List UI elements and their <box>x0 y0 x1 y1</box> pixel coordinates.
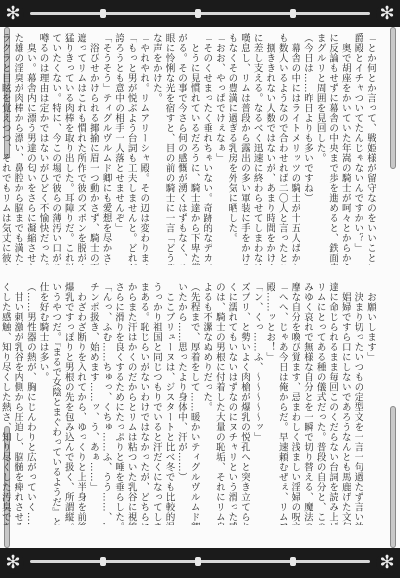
text-column: （……男性器の熱が、胸にじんわりと広がっていく……ンッ♥） <box>23 282 36 525</box>
flower-ornament-icon: ✻ <box>2 552 24 574</box>
text-column: 浴びせかけられる揶揄に眉一つ動かさず、騎士の下卑な言葉を <box>86 33 99 265</box>
text-column: リムにとってある種の儀式だった。普段の自分と、この領域に沈 <box>313 282 326 525</box>
text-column: た雄の淫臭が肉棒から漂い、鼻腔から脳までも満たしていく。ク <box>11 33 24 265</box>
text-column: まグルリと周囲を見回した。 <box>313 33 326 265</box>
text-column: 「そうそう」ティグルヴルムド卿にも愛想を尽かされ——おっ」 <box>99 33 112 265</box>
ornament-knob <box>290 557 296 566</box>
flower-ornament-icon: ✻ <box>376 3 398 25</box>
text-column: 遮ってリムはこれも慣れた所作で彼のズボンを脱がすと、隆々と <box>74 33 87 265</box>
text-column: ていたくない。特に、今この場で彼らの薄汚い口がティグルの名を <box>49 33 62 265</box>
lower-text-block: お願いします」 決まり切ったいつもの定型文を一言一句過たず言い放った。 娼婦です… <box>24 282 376 525</box>
text-column: な声をかけた。 <box>149 33 162 265</box>
text-column: 「おお、やっぱでけぇなぁ」 <box>212 33 225 265</box>
text-column: 噂るのは理由は定かではないがひどく不愉快だった。 <box>36 33 49 265</box>
text-column: 「やれやれ。リムアリーシャ殿。その辺は変わりませんな」 <box>137 33 150 265</box>
text-column: ここブリューヌは、ジスタートと比べ冬でも比較的温暖な国だ。 <box>162 282 175 525</box>
text-column: くした感触、知り尽くした熱さ、知り尽くした汚臭であるはずな <box>0 282 11 525</box>
ornament-knob <box>195 557 201 566</box>
text-column: よるも不潔なぬめりだった。 <box>200 282 213 525</box>
text-column: とうに見慣れているだろうに、騎士達から下卑た賞賛の声があ <box>187 33 200 265</box>
text-column: 嘆息し、リムは普段から露出の多い軍装に手をかけると、惜しげ <box>237 33 250 265</box>
text-column: 奥で胡座をかいていた年嵩の騎士が呵々とからかう。リムは特 <box>338 33 351 265</box>
ornament-knob <box>100 9 106 18</box>
text-column: 「んっ、ふむ……ちゅっ、くちゅ……ふ、うう……、……では、 <box>99 282 112 525</box>
right-ornament-pillar-bottom <box>390 406 396 548</box>
text-column: 達に命じられるまま毎回このくだらない台詞を読み上げるのは、 <box>326 282 339 525</box>
top-ornament-bar: ✻ ✻ <box>0 0 400 27</box>
right-ornament-pillar-top <box>390 27 396 169</box>
text-column: 誇ろうとも意中の相手一人落とせませんぞ」 <box>112 33 125 265</box>
text-column: がる。その事で今さら何の感慨が湧くはずもなく、リムは細めた <box>175 33 188 265</box>
text-column: のは、騎士の男根に付着した大量の恥垢、それにリム自身の汗に <box>212 282 225 525</box>
text-column: 爆乳ですっぽりと男根の先を包み込んで扱く、所謂縦パイズリと <box>61 282 74 525</box>
text-column: ズブリ、と勢いよく肉槍が爆乳の悦孔へと突き立てられる。ろ <box>237 282 250 525</box>
upper-text-block: 「とか何とか言って、戦姫様が留守なのをいいことにヴォルン伯 爵殿とイチャついてた… <box>24 33 376 265</box>
text-column: 臭い。幕舎内に漂う男達の匂いをさらに凝縮させた濃密で饐え <box>23 33 36 265</box>
text-column: 仕を好む騎士は多い。 <box>36 282 49 525</box>
text-column: 幕舎の中にはライトメリッツの騎士が十五人ばかり。他に外に <box>288 33 301 265</box>
text-column: 決まり切ったいつもの定型文を一言一句過たず言い放った。 <box>351 282 364 525</box>
bottom-ornament-bar: ✻ ✻ <box>0 548 400 578</box>
text-column: くに濡れてもいないはずなのにヌチャリという滑った感触がした <box>225 282 238 525</box>
text-column: 殿……ッとお！」 <box>263 282 276 525</box>
text-column: 猛りきっている肉棒を取り出した。耳障りだ。これ以上は聞い <box>61 33 74 265</box>
text-column: お願いします」 <box>363 282 376 525</box>
text-column: 爵殿とイチャついてたんじゃないんですかい？」 <box>351 33 364 265</box>
text-column: 「もっと男が悦ぶよう台詞も工夫しませんと。どれだけ観上手を <box>124 33 137 265</box>
text-column: チンポ扱き、始めます……ッ、う、あぁ……」 <box>86 282 99 525</box>
ornament-knob <box>100 557 106 566</box>
text-column: 「へへ、じゃあ今日は俺からだ。早速頼むぜぇ、リムアリーシャ <box>275 282 288 525</box>
text-column: いうやつだ。『まるで女陰とまぐわっているようだ』と殊更この奉 <box>49 282 62 525</box>
text-column: に反論もせずに幕舎の中央まで歩を進めると、鉄面皮を崩さぬま <box>326 33 339 265</box>
text-column: みゆく哀れで無様な自分とを一瞬で切り替える、魔法の言葉。淫 <box>300 282 313 525</box>
text-column: 甘い刺激が乳谷を内側から圧迫し、脳髄を痺れさせる。知り尽 <box>11 282 24 525</box>
ornament-knob <box>195 9 201 18</box>
text-column: （先程まで、厚着をして……暖かいティグルヴルムド卿の幕舎に <box>187 282 200 525</box>
text-column: さらに滑りを良くするためにたっぷりと唾を垂らした。 <box>112 282 125 525</box>
text-column: 靡な自分を喚び覚ます、忌まわしく浅ましい淫婦の呪文。 <box>288 282 301 525</box>
text-column: 娼婦ですら口にしないであろうなんとも馬鹿げた文句。騎士 <box>338 282 351 525</box>
text-column: に差し支える。なるべく迅速に終わらせてしまわなければと短く <box>250 33 263 265</box>
text-column: まある。恥じらいがないわけではなかったが、どちらにせよこれ <box>137 282 150 525</box>
text-column: いたから……思ったより身体中、汗が……） <box>175 282 188 525</box>
text-column: もなくその豊満に過ぎる乳房を外気に晒した。 <box>225 33 238 265</box>
text-column: 「ン、くっ……ふ、～～～～～ッ」 <box>250 282 263 525</box>
text-column: 眼に怜悧な光を宿すと、目の前の騎士に一言「どうぞ」と無機質 <box>162 33 175 265</box>
text-column: わざわざ断りを入れてから、ゆっくりと上半身を前後させる。 <box>74 282 87 525</box>
text-column: 捌ききれない人数ではないが、あまり時間をかけすぎても明日 <box>263 33 276 265</box>
text-column: うっかり祖国と同じつもりでいると汗だくになってしまう事もま <box>149 282 162 525</box>
text-column: も数人いるようなので合わせれば二〇人と言ったところか。 <box>275 33 288 265</box>
flower-ornament-icon: ✻ <box>376 552 398 574</box>
text-column: 「とか何とか言って、戦姫様が留守なのをいいことにヴォルン伯 <box>363 33 376 265</box>
flower-ornament-icon: ✻ <box>2 3 24 25</box>
ornament-knob <box>290 9 296 18</box>
text-column: （今日は……昨日よりも多いですね） <box>300 33 313 265</box>
text-column: 「そのくせまったく垂れちゃいない。奇跡的なデカパイだ」 <box>200 33 213 265</box>
manga-text-page: ✻ ✻ 「とか何とか言って、戦姫様が留守なのをいいことにヴォルン伯 爵殿とイチャ… <box>0 0 400 578</box>
text-column: からまた汗はかくのだからとリムは粘ついた乳谷に視線を落とし、 <box>124 282 137 525</box>
text-column: ラクラと目眩を覚えつつ、それでもリムは気丈に彼らを見回すと、 <box>0 33 11 265</box>
